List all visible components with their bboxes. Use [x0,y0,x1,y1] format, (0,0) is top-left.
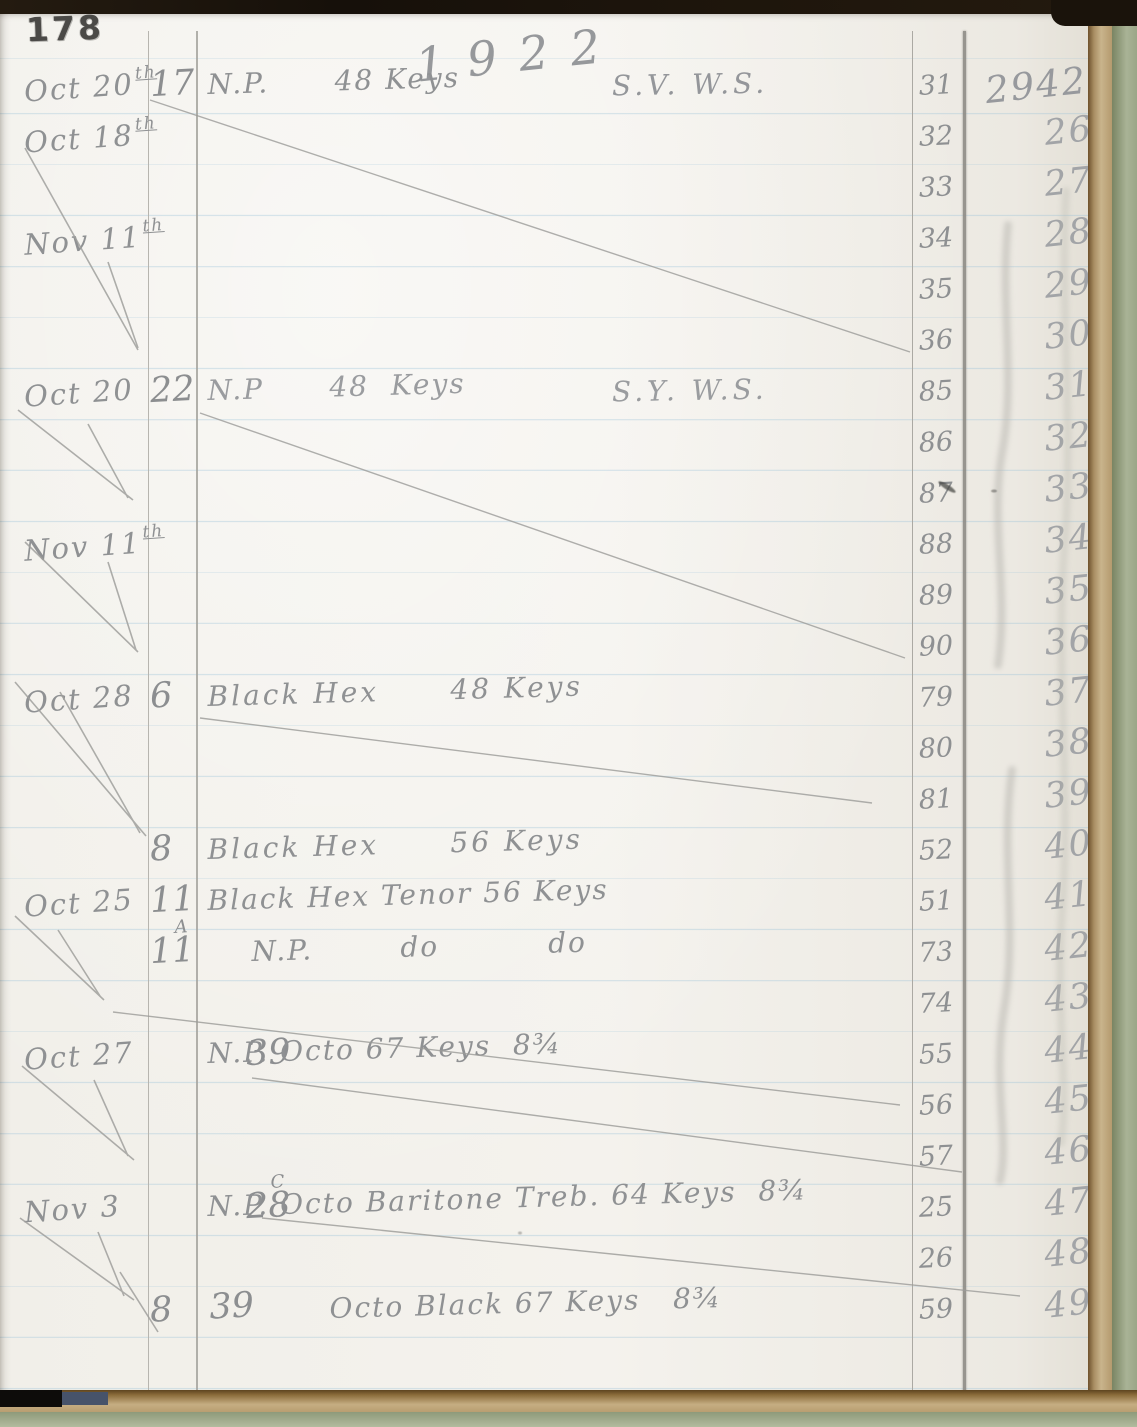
binding-cloth [62,1392,108,1405]
photo-top-border [0,0,1137,14]
offset-ink-smudge [998,191,1068,1181]
ledger-page: 178 1922 Oct 20th17N.P. 48 KeysS.V. W.S.… [0,13,1103,1394]
photo-corner-shadow [1051,0,1137,26]
backdrop-right [1111,0,1137,1427]
book-bottom-edge [0,1390,1137,1414]
margin-check-strokes [15,148,158,1332]
backdrop-bottom [0,1412,1137,1427]
tally-diagonal-lines [113,100,1020,1296]
scanned-ledger-photo: { "page": { "number": "178", "year": "19… [0,0,1137,1427]
pencil-strokes [0,13,1103,1394]
binding-notch [0,1390,62,1407]
pencil-specks [518,480,997,1235]
book-fore-edge [1088,10,1112,1405]
